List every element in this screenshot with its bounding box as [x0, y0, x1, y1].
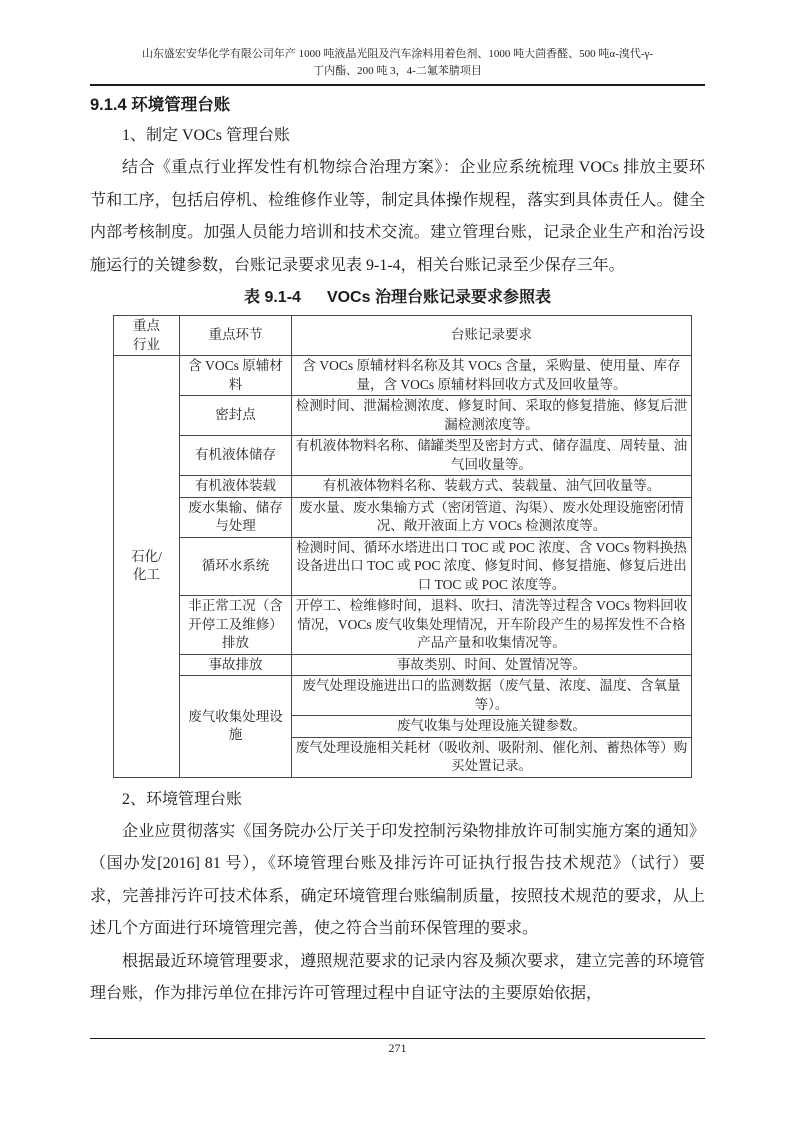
- table-title-label: 表 9.1-4: [244, 289, 301, 306]
- requirement-cell: 开停工、检维修时间，退料、吹扫、清洗等过程含 VOCs 物料回收情况，VOCs …: [292, 596, 692, 655]
- list-item-1: 1、制定 VOCs 管理台账: [90, 120, 705, 152]
- requirement-cell: 含 VOCs 原辅材料名称及其 VOCs 含量，采购量、使用量、库存量，含 VO…: [292, 356, 692, 396]
- col-header-link: 重点环节: [180, 316, 292, 356]
- requirement-cell: 废气处理设施进出口的监测数据（废气量、浓度、温度、含氧量等）。: [292, 676, 692, 716]
- table-row: 循环水系统 检测时间、循环水塔进出口 TOC 或 POC 浓度、含 VOCs 物…: [114, 537, 692, 596]
- link-cell: 废水集输、储存与处理: [180, 497, 292, 537]
- table-row: 废气收集处理设施 废气处理设施进出口的监测数据（废气量、浓度、温度、含氧量等）。: [114, 676, 692, 716]
- table-row: 有机液体装载 有机液体物料名称、装载方式、装载量、油气回收量等。: [114, 476, 692, 498]
- requirement-cell: 废气收集与处理设施关键参数。: [292, 716, 692, 738]
- table-row: 有机液体储存 有机液体物料名称、储罐类型及密封方式、储存温度、周转量、油气回收量…: [114, 436, 692, 476]
- header-divider: [90, 84, 705, 86]
- header-line-2: 丁内酯、200 吨 3，4-二氟苯腈项目: [90, 63, 705, 80]
- link-cell: 含 VOCs 原辅材料: [180, 356, 292, 396]
- requirement-cell: 有机液体物料名称、装载方式、装载量、油气回收量等。: [292, 476, 692, 498]
- link-cell: 密封点: [180, 396, 292, 436]
- page-content: 山东盛宏安华化学有限公司年产 1000 吨液晶光阻及汽车涂料用着色剂、1000 …: [0, 0, 794, 1011]
- document-header: 山东盛宏安华化学有限公司年产 1000 吨液晶光阻及汽车涂料用着色剂、1000 …: [90, 46, 705, 86]
- link-cell: 非正常工况（含开停工及维修）排放: [180, 596, 292, 655]
- section-heading: 9.1.4 环境管理台账: [90, 90, 705, 120]
- table-row: 石化/ 化工 含 VOCs 原辅材料 含 VOCs 原辅材料名称及其 VOCs …: [114, 356, 692, 396]
- link-cell: 有机液体储存: [180, 436, 292, 476]
- link-cell: 事故排放: [180, 654, 292, 676]
- requirement-cell: 检测时间、泄漏检测浓度、修复时间、采取的修复措施、修复后泄漏检测浓度等。: [292, 396, 692, 436]
- table-title: 表 9.1-4VOCs 治理台账记录要求参照表: [90, 285, 705, 311]
- paragraph-2: 企业应贯彻落实《国务院办公厅关于印发控制污染物排放许可制实施方案的通知》（国办发…: [90, 816, 705, 946]
- col-header-requirement: 台账记录要求: [292, 316, 692, 356]
- table-header-row: 重点 行业 重点环节 台账记录要求: [114, 316, 692, 356]
- paragraph-1: 结合《重点行业挥发性有机物综合治理方案》：企业应系统梳理 VOCs 排放主要环节…: [90, 152, 705, 282]
- requirement-cell: 废气处理设施相关耗材（吸收剂、吸附剂、催化剂、蓄热体等）购买处置记录。: [292, 737, 692, 777]
- table-row: 废水集输、储存与处理 废水量、废水集输方式（密闭管道、沟渠）、废水处理设施密闭情…: [114, 497, 692, 537]
- link-cell: 循环水系统: [180, 537, 292, 596]
- col-header-industry: 重点 行业: [114, 316, 180, 356]
- paragraph-3: 根据最近环境管理要求，遵照规范要求的记录内容及频次要求，建立完善的环境管理台账，…: [90, 946, 705, 1011]
- link-cell: 废气收集处理设施: [180, 676, 292, 778]
- list-item-2: 2、环境管理台账: [90, 784, 705, 816]
- table-row: 密封点 检测时间、泄漏检测浓度、修复时间、采取的修复措施、修复后泄漏检测浓度等。: [114, 396, 692, 436]
- requirement-cell: 检测时间、循环水塔进出口 TOC 或 POC 浓度、含 VOCs 物料换热设备进…: [292, 537, 692, 596]
- page-number: 271: [389, 1041, 407, 1055]
- document-page: 山东盛宏安华化学有限公司年产 1000 吨液晶光阻及汽车涂料用着色剂、1000 …: [0, 0, 794, 1123]
- table-title-text: VOCs 治理台账记录要求参照表: [327, 289, 551, 306]
- table-row: 非正常工况（含开停工及维修）排放 开停工、检维修时间，退料、吹扫、清洗等过程含 …: [114, 596, 692, 655]
- link-cell: 有机液体装载: [180, 476, 292, 498]
- requirement-cell: 废水量、废水集输方式（密闭管道、沟渠）、废水处理设施密闭情况、敞开液面上方 VO…: [292, 497, 692, 537]
- industry-cell: 石化/ 化工: [114, 356, 180, 778]
- requirement-cell: 事故类别、时间、处置情况等。: [292, 654, 692, 676]
- page-footer: 271: [90, 1038, 705, 1056]
- requirement-cell: 有机液体物料名称、储罐类型及密封方式、储存温度、周转量、油气回收量等。: [292, 436, 692, 476]
- vocs-ledger-table: 重点 行业 重点环节 台账记录要求 石化/ 化工 含 VOCs 原辅材料 含 V…: [113, 315, 692, 778]
- table-row: 事故排放 事故类别、时间、处置情况等。: [114, 654, 692, 676]
- header-line-1: 山东盛宏安华化学有限公司年产 1000 吨液晶光阻及汽车涂料用着色剂、1000 …: [90, 46, 705, 63]
